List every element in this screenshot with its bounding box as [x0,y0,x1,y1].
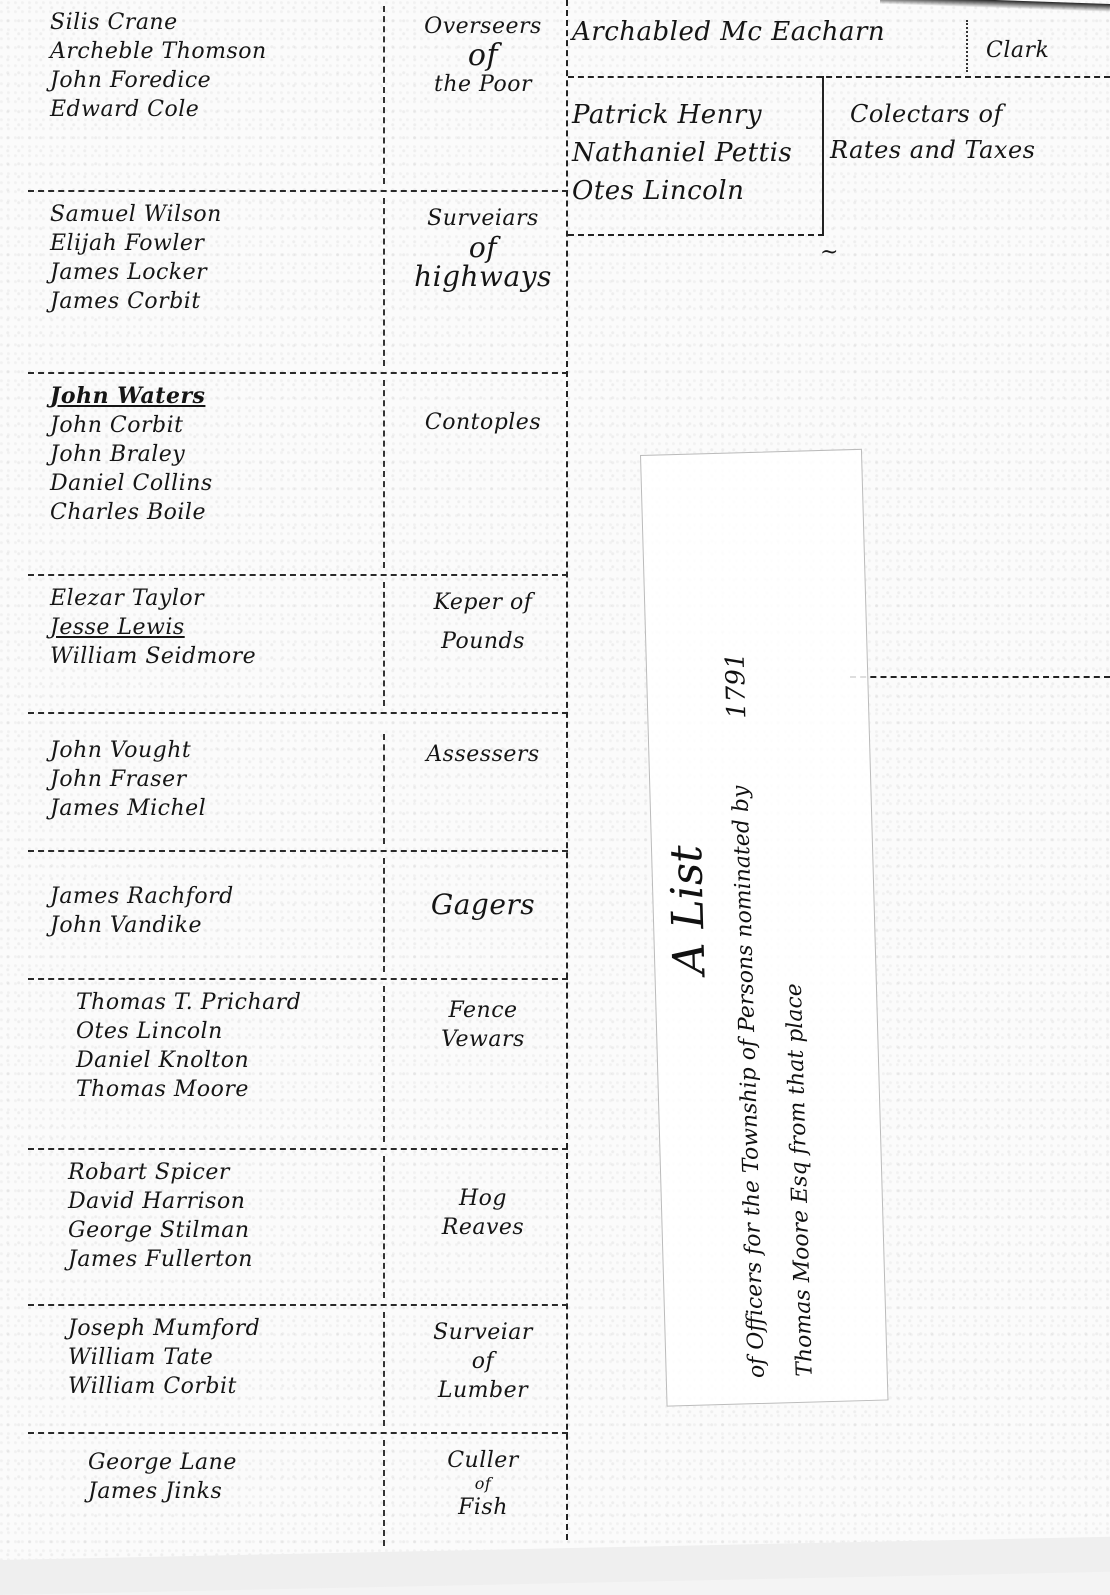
column-divider [383,6,385,184]
column-divider [966,20,968,72]
collectors-title: Colectars of Rates and Taxes [830,96,1070,168]
office-names: George Lane James Jinks [88,1448,418,1506]
officer-name: John Fraser [50,765,380,794]
column-divider [383,582,385,706]
office-title: FenceVewars [398,996,568,1054]
officer-name: Daniel Knolton [76,1046,406,1075]
office-title: Assessers [398,740,568,769]
officer-name: David Harrison [68,1187,398,1216]
officer-name: Joseph Mumford [68,1314,398,1343]
officer-name: Otes Lincoln [572,172,902,210]
officer-name: James Corbit [50,287,380,316]
officer-name: John Corbit [50,411,380,440]
office-row-assessors: John Vought John Fraser James Michel Ass… [28,728,568,852]
column-divider [383,734,385,844]
officer-name: John Vandike [50,911,380,940]
column-divider [383,1156,385,1298]
officer-name: Silis Crane [50,8,380,37]
office-names: Thomas T. Prichard Otes Lincoln Daniel K… [76,988,406,1104]
office-title: Overseersofthe Poor [398,12,568,99]
column-divider [383,1312,385,1426]
officer-name: John Braley [50,440,380,469]
office-names: John Waters John Corbit John Braley Dani… [50,382,380,527]
officer-name: Edward Cole [50,95,380,124]
officer-name: James Rachford [50,882,380,911]
officer-name: Thomas T. Prichard [76,988,406,1017]
slip-text: A List of Officers for the Township of P… [647,475,882,1381]
collectors-names-box: Patrick Henry Nathaniel Pettis Otes Linc… [568,76,824,236]
office-row-overseers-of-poor: Silis Crane Archeble Thomson John Foredi… [28,0,568,192]
column-divider [383,1440,385,1546]
officer-name: Elijah Fowler [50,229,380,258]
document-page: Silis Crane Archeble Thomson John Foredi… [0,0,1110,1570]
faint-rule [850,676,1110,678]
slip-year: 1791 [721,652,753,719]
officer-name: George Stilman [68,1216,398,1245]
office-row-surveyor-of-lumber: Joseph Mumford William Tate William Corb… [28,1306,568,1434]
ink-mark: ~ [820,238,839,267]
officer-name: James Jinks [88,1477,418,1506]
officer-name: John Vought [50,736,380,765]
right-header: Archabled Mc Eacharn Clark Patrick Henry… [568,0,1110,236]
officer-name: James Fullerton [68,1245,398,1274]
officer-name: William Corbit [68,1372,398,1401]
officer-name: John Foredice [50,66,380,95]
officer-name: William Seidmore [50,642,380,671]
officer-name: James Michel [50,794,380,823]
officer-name: Elezar Taylor [50,584,380,613]
column-divider [383,380,385,568]
office-title: HogReaves [398,1184,568,1242]
officer-name: James Locker [50,258,380,287]
office-names: Elezar Taylor Jesse Lewis William Seidmo… [50,584,380,671]
office-names: Samuel Wilson Elijah Fowler James Locker… [50,200,380,316]
office-title: Keper ofPounds [398,588,568,656]
officer-name: Thomas Moore [76,1075,406,1104]
office-title: Gagers [398,890,568,919]
officer-name: Otes Lincoln [76,1017,406,1046]
office-names: Joseph Mumford William Tate William Corb… [68,1314,398,1401]
officer-name: Jesse Lewis [50,613,380,642]
officer-name: Charles Boile [50,498,380,527]
office-row-culler-of-fish: George Lane James Jinks CullerofFish [28,1434,568,1552]
officer-name: Samuel Wilson [50,200,380,229]
officer-name: Archeble Thomson [50,37,380,66]
office-title: Contoples [398,408,568,437]
office-names: Robart Spicer David Harrison George Stil… [68,1158,398,1274]
pasted-slip: A List of Officers for the Township of P… [640,449,888,1407]
office-row-surveyors-of-highways: Samuel Wilson Elijah Fowler James Locker… [28,192,568,374]
office-names: James Rachford John Vandike [50,882,380,940]
column-divider [383,198,385,366]
clerk-title: Clark [986,36,1049,65]
office-names: John Vought John Fraser James Michel [50,736,380,823]
officer-name: William Tate [68,1343,398,1372]
office-names: Silis Crane Archeble Thomson John Foredi… [50,8,380,124]
office-title: SurveiarofLumber [398,1318,568,1405]
office-title: Surveiarsofhighways [398,204,568,291]
column-divider [383,986,385,1142]
officer-name: George Lane [88,1448,418,1477]
officer-name: Daniel Collins [50,469,380,498]
office-row-constables: John Waters John Corbit John Braley Dani… [28,374,568,576]
clerk-name: Archabled Mc Eacharn [572,18,885,47]
officer-name: John Waters [50,382,380,411]
column-divider [383,858,385,972]
officer-name: Robart Spicer [68,1158,398,1187]
clerk-row: Archabled Mc Eacharn Clark [568,0,1110,78]
office-row-gaugers: James Rachford John Vandike Gagers [28,852,568,980]
office-row-hog-reeves: Robart Spicer David Harrison George Stil… [28,1150,568,1306]
office-title: CullerofFish [398,1446,568,1522]
office-row-fence-viewers: Thomas T. Prichard Otes Lincoln Daniel K… [28,980,568,1150]
office-row-keeper-of-pounds: Elezar Taylor Jesse Lewis William Seidmo… [28,576,568,714]
